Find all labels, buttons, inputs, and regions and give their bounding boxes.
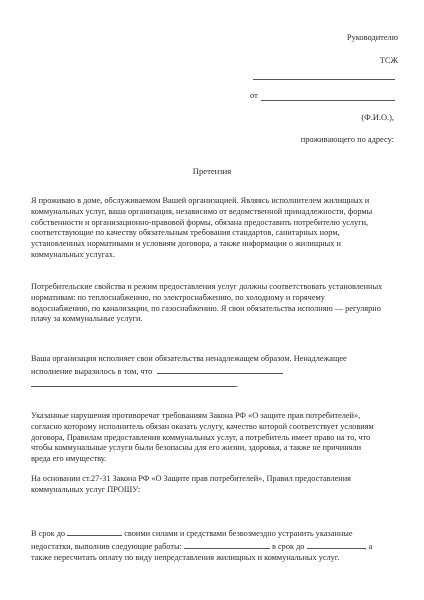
- paragraph-improper-performance: Ваша организация исполняет свои обязател…: [31, 354, 401, 390]
- paragraph-request: В срок до своими силами и средствами без…: [31, 527, 401, 563]
- text-line: Потребительские свойства и режим предост…: [31, 282, 401, 293]
- text-line: согласно которому исполнитель обязан ока…: [31, 422, 401, 433]
- text-fragment: в срок до: [272, 542, 304, 551]
- text-fragment: своими силами и средствами безвозмездно …: [124, 529, 352, 538]
- text-line: коммунальных услуг ПРОШУ:: [31, 485, 401, 496]
- text-line: нормативам: по теплоснабжению, по электр…: [31, 293, 401, 304]
- text-line: Я проживаю в доме, обслуживаемом Вашей о…: [31, 196, 401, 207]
- text-line: соответствующие по качеству обязательным…: [31, 228, 401, 239]
- from-prefix: от: [250, 91, 258, 101]
- text-line: собственности и организационно-правовой …: [31, 218, 401, 229]
- text-line: коммунальных услугах.: [31, 250, 401, 261]
- text-fragment: , а: [365, 542, 373, 551]
- text-fragment: недостатки, выполнив следующие работы:: [31, 542, 182, 551]
- text-line: водоснабжению, по канализации, по газосн…: [31, 304, 401, 315]
- text-line: коммунальных услуг, ваша организация, не…: [31, 207, 401, 218]
- paragraph-consumer-properties: Потребительские свойства и режим предост…: [31, 282, 401, 325]
- text-fragment: В срок до: [31, 529, 65, 538]
- text-line: вреда его имуществу.: [31, 454, 401, 465]
- text-line: чтобы коммунальные услуги были безопасны…: [31, 443, 401, 454]
- claim-document: Руководителю ТСЖ от (Ф.И.О.), проживающе…: [0, 0, 424, 600]
- works-list-blank[interactable]: [184, 540, 270, 549]
- violation-description-blank-2[interactable]: [31, 378, 236, 387]
- paragraph-legal-basis: На основании ст.27-31 Закона РФ «О Защит…: [31, 474, 401, 496]
- addressee-line-2: ТСЖ: [300, 56, 398, 66]
- paragraph-law-violation: Указанные нарушения противоречат требова…: [31, 411, 401, 465]
- document-title: Претензия: [0, 166, 424, 176]
- paragraph-service-obligations: Я проживаю в доме, обслуживаемом Вашей о…: [31, 196, 401, 261]
- addressee-line-1: Руководителю: [300, 33, 398, 43]
- text-line: установленных нормативами и условиям дог…: [31, 239, 401, 250]
- text-line: Ваша организация исполняет свои обязател…: [31, 354, 401, 365]
- text-line: На основании ст.27-31 Закона РФ «О Защит…: [31, 474, 401, 485]
- from-name-blank-line[interactable]: [261, 100, 395, 101]
- text-line: Указанные нарушения противоречат требова…: [31, 411, 401, 422]
- text-line: также пересчитать оплату по виду непредс…: [31, 553, 401, 564]
- text-line: исполнение выразилось в том, что: [31, 367, 152, 376]
- text-line: плачу за коммунальные услуги.: [31, 314, 401, 325]
- works-deadline-blank[interactable]: [307, 540, 365, 549]
- period: .: [236, 380, 238, 389]
- fio-label: (Ф.И.О.),: [300, 113, 394, 123]
- addressee-blank-line[interactable]: [253, 79, 395, 80]
- text-line: договора, Правилам предоставления коммун…: [31, 433, 401, 444]
- deadline-date-blank[interactable]: [67, 527, 122, 536]
- violation-description-blank[interactable]: [157, 365, 283, 374]
- address-label: проживающего по адресу:: [260, 135, 394, 145]
